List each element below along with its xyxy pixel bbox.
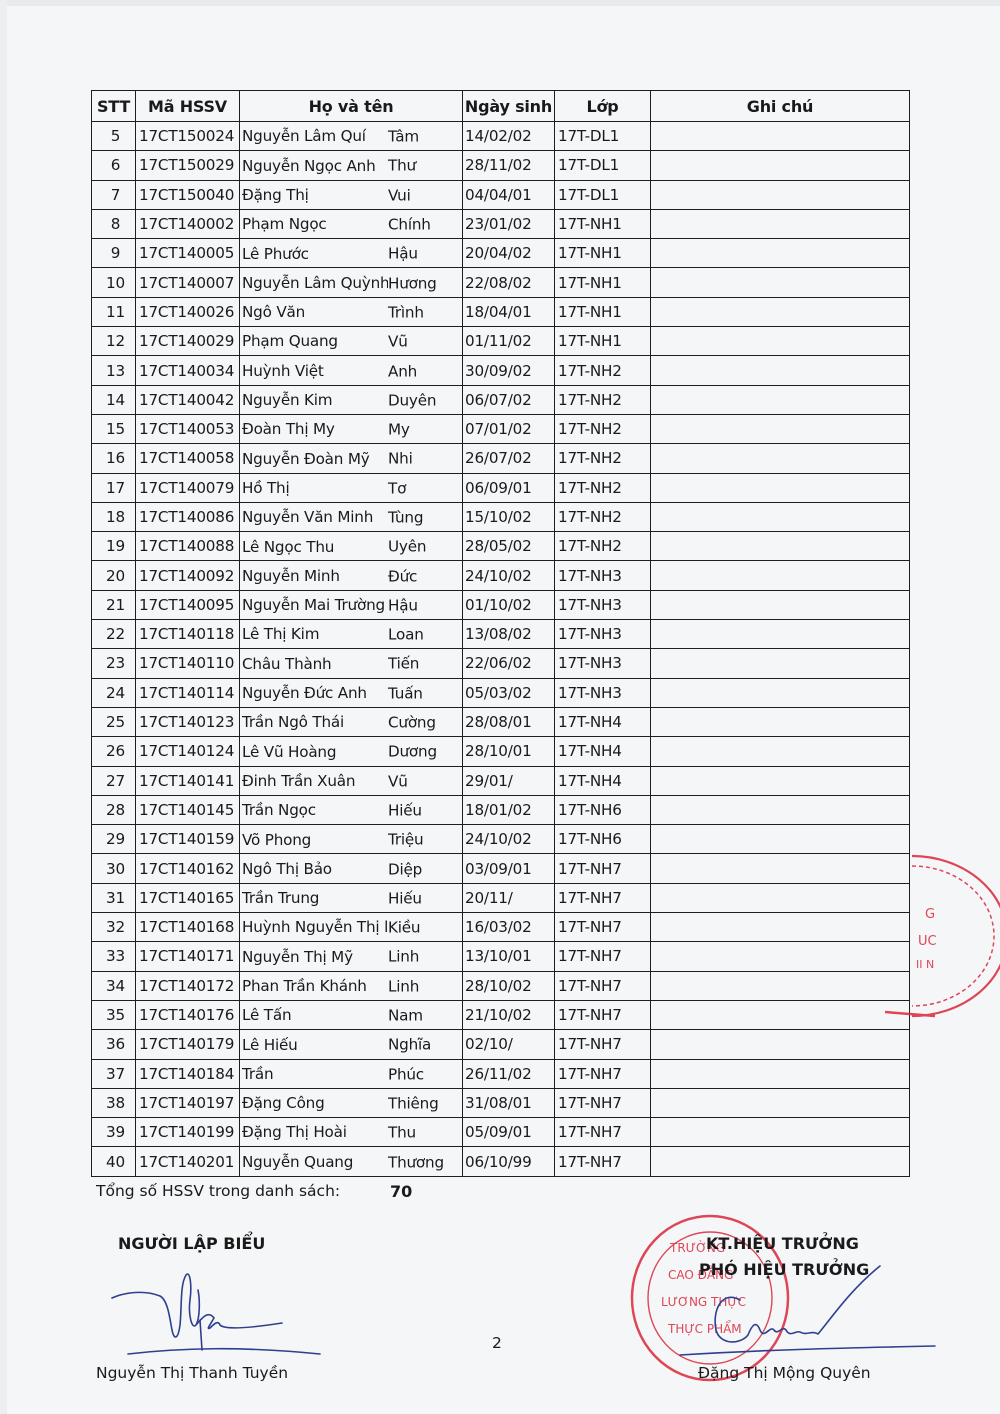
cell-full-name: Nguyễn MinhĐức bbox=[240, 561, 463, 590]
table-row: 2717CT140141Đinh Trần XuânVũ29/01/17T-NH… bbox=[92, 766, 910, 795]
cell-stt: 36 bbox=[92, 1030, 136, 1059]
cell-date-of-birth: 07/01/02 bbox=[463, 414, 555, 443]
header-stt: STT bbox=[92, 91, 136, 122]
given-name: Nam bbox=[388, 1007, 423, 1025]
cell-date-of-birth: 15/10/02 bbox=[463, 502, 555, 531]
given-name: Thương bbox=[388, 1153, 444, 1171]
first-middle-name: Phạm Ngọc bbox=[242, 215, 388, 233]
cell-date-of-birth: 30/09/02 bbox=[463, 356, 555, 385]
cell-full-name: Huỳnh Nguyễn Thị lKiều bbox=[240, 913, 463, 942]
cell-note bbox=[651, 180, 910, 209]
cell-class: 17T-NH1 bbox=[555, 209, 651, 238]
first-middle-name: Nguyễn Kim bbox=[242, 391, 388, 409]
table-row: 1017CT140007Nguyễn Lâm QuỳnhHương22/08/0… bbox=[92, 268, 910, 297]
cell-stt: 23 bbox=[92, 649, 136, 678]
cell-full-name: Nguyễn Văn MinhTùng bbox=[240, 502, 463, 531]
cell-note bbox=[651, 297, 910, 326]
cell-stt: 5 bbox=[92, 122, 136, 151]
cell-class: 17T-NH7 bbox=[555, 883, 651, 912]
given-name: My bbox=[388, 421, 410, 439]
first-middle-name: Phan Trần Khánh bbox=[242, 977, 388, 995]
svg-text:UC: UC bbox=[918, 934, 937, 949]
given-name: Hương bbox=[388, 274, 437, 292]
table-body: 517CT150024Nguyễn Lâm QuíTâm14/02/0217T-… bbox=[92, 122, 910, 1177]
approver-title-line1: KT.HIỆU TRƯỞNG bbox=[706, 1234, 859, 1253]
cell-class: 17T-NH2 bbox=[555, 356, 651, 385]
cell-student-code: 17CT140171 bbox=[136, 942, 240, 971]
cell-class: 17T-NH4 bbox=[555, 737, 651, 766]
first-middle-name: Đinh Trần Xuân bbox=[242, 772, 388, 790]
cell-stt: 28 bbox=[92, 795, 136, 824]
cell-student-code: 17CT140042 bbox=[136, 385, 240, 414]
cell-full-name: Châu ThànhTiến bbox=[240, 649, 463, 678]
cell-stt: 20 bbox=[92, 561, 136, 590]
cell-student-code: 17CT140114 bbox=[136, 678, 240, 707]
given-name: Hiếu bbox=[388, 802, 422, 820]
given-name: Triệu bbox=[388, 831, 423, 849]
student-roster-table: STT Mã HSSV Họ và tên Ngày sinh Lớp Ghi … bbox=[91, 90, 910, 1177]
cell-student-code: 17CT140168 bbox=[136, 913, 240, 942]
approver-signature-icon bbox=[680, 1266, 935, 1355]
cell-full-name: Nguyễn Lâm QuíTâm bbox=[240, 122, 463, 151]
cell-stt: 19 bbox=[92, 532, 136, 561]
cell-date-of-birth: 01/10/02 bbox=[463, 590, 555, 619]
table-row: 617CT150029Nguyễn Ngọc AnhThư28/11/0217T… bbox=[92, 151, 910, 180]
cell-note bbox=[651, 327, 910, 356]
cell-full-name: Đinh Trần XuânVũ bbox=[240, 766, 463, 795]
table-row: 1217CT140029Phạm QuangVũ01/11/0217T-NH1 bbox=[92, 327, 910, 356]
cell-stt: 35 bbox=[92, 1000, 136, 1029]
first-middle-name: Lê Hiếu bbox=[242, 1036, 388, 1054]
cell-note bbox=[651, 561, 910, 590]
approver-name: Đặng Thị Mộng Quyên bbox=[698, 1364, 871, 1382]
cell-full-name: Lê TấnNam bbox=[240, 1000, 463, 1029]
cell-class: 17T-NH2 bbox=[555, 444, 651, 473]
preparer-signature-icon bbox=[112, 1274, 320, 1354]
cell-stt: 13 bbox=[92, 356, 136, 385]
cell-stt: 17 bbox=[92, 473, 136, 502]
given-name: Nghĩa bbox=[388, 1036, 431, 1054]
cell-student-code: 17CT140197 bbox=[136, 1088, 240, 1117]
cell-note bbox=[651, 414, 910, 443]
total-label: Tổng số HSSV trong danh sách: bbox=[96, 1182, 340, 1200]
cell-date-of-birth: 16/03/02 bbox=[463, 913, 555, 942]
cell-full-name: Nguyễn Lâm QuỳnhHương bbox=[240, 268, 463, 297]
given-name: Tùng bbox=[388, 509, 423, 527]
cell-date-of-birth: 28/05/02 bbox=[463, 532, 555, 561]
cell-note bbox=[651, 1118, 910, 1147]
first-middle-name: Đoàn Thị My bbox=[242, 420, 388, 438]
cell-class: 17T-NH7 bbox=[555, 1000, 651, 1029]
cell-stt: 6 bbox=[92, 151, 136, 180]
table-row: 3117CT140165Trần TrungHiếu20/11/17T-NH7 bbox=[92, 883, 910, 912]
table-header-row: STT Mã HSSV Họ và tên Ngày sinh Lớp Ghi … bbox=[92, 91, 910, 122]
cell-full-name: Huỳnh ViệtAnh bbox=[240, 356, 463, 385]
cell-full-name: Lê Thị KimLoan bbox=[240, 620, 463, 649]
cell-full-name: Ngô Thị BảoDiệp bbox=[240, 854, 463, 883]
cell-date-of-birth: 26/07/02 bbox=[463, 444, 555, 473]
cell-full-name: Hồ ThịTơ bbox=[240, 473, 463, 502]
cell-stt: 31 bbox=[92, 883, 136, 912]
cell-student-code: 17CT140034 bbox=[136, 356, 240, 385]
cell-full-name: Ngô VănTrình bbox=[240, 297, 463, 326]
first-middle-name: Nguyễn Ngọc Anh bbox=[242, 157, 388, 175]
cell-full-name: Lê PhướcHậu bbox=[240, 239, 463, 268]
cell-date-of-birth: 04/04/01 bbox=[463, 180, 555, 209]
cell-class: 17T-NH1 bbox=[555, 297, 651, 326]
cell-student-code: 17CT140088 bbox=[136, 532, 240, 561]
cell-student-code: 17CT140092 bbox=[136, 561, 240, 590]
table-row: 2817CT140145Trần NgọcHiếu18/01/0217T-NH6 bbox=[92, 795, 910, 824]
cell-date-of-birth: 05/03/02 bbox=[463, 678, 555, 707]
scan-edge-top bbox=[0, 0, 1000, 6]
cell-full-name: Nguyễn Mai TrườngHậu bbox=[240, 590, 463, 619]
cell-note bbox=[651, 1088, 910, 1117]
cell-class: 17T-NH2 bbox=[555, 385, 651, 414]
cell-student-code: 17CT150024 bbox=[136, 122, 240, 151]
cell-note bbox=[651, 825, 910, 854]
cell-class: 17T-NH3 bbox=[555, 620, 651, 649]
first-middle-name: Ngô Văn bbox=[242, 303, 388, 321]
approver-title-line2: PHÓ HIỆU TRƯỞNG bbox=[699, 1260, 869, 1279]
table-row: 1917CT140088Lê Ngọc ThuUyên28/05/0217T-N… bbox=[92, 532, 910, 561]
cell-class: 17T-NH4 bbox=[555, 707, 651, 736]
table-row: 2417CT140114Nguyễn Đức AnhTuấn05/03/0217… bbox=[92, 678, 910, 707]
header-class: Lớp bbox=[555, 91, 651, 122]
cell-stt: 40 bbox=[92, 1147, 136, 1176]
preparer-name: Nguyễn Thị Thanh Tuyền bbox=[96, 1364, 288, 1382]
cell-full-name: Nguyễn Đức AnhTuấn bbox=[240, 678, 463, 707]
cell-full-name: Trần Ngô TháiCường bbox=[240, 707, 463, 736]
given-name: Kiều bbox=[388, 919, 420, 937]
cell-note bbox=[651, 151, 910, 180]
cell-stt: 39 bbox=[92, 1118, 136, 1147]
cell-note bbox=[651, 1000, 910, 1029]
table-row: 3017CT140162Ngô Thị BảoDiệp03/09/0117T-N… bbox=[92, 854, 910, 883]
first-middle-name: Đặng Công bbox=[242, 1094, 388, 1112]
first-middle-name: Trần Ngọc bbox=[242, 801, 388, 819]
cell-student-code: 17CT140002 bbox=[136, 209, 240, 238]
first-middle-name: Lê Thị Kim bbox=[242, 625, 388, 643]
cell-date-of-birth: 22/08/02 bbox=[463, 268, 555, 297]
first-middle-name: Trần Trung bbox=[242, 889, 388, 907]
first-middle-name: Nguyễn Quang bbox=[242, 1153, 388, 1171]
given-name: Cường bbox=[388, 714, 436, 732]
cell-date-of-birth: 28/10/02 bbox=[463, 971, 555, 1000]
given-name: Thư bbox=[388, 157, 416, 175]
cell-note bbox=[651, 1030, 910, 1059]
cell-date-of-birth: 28/11/02 bbox=[463, 151, 555, 180]
cell-date-of-birth: 22/06/02 bbox=[463, 649, 555, 678]
cell-stt: 30 bbox=[92, 854, 136, 883]
cell-class: 17T-NH7 bbox=[555, 1118, 651, 1147]
first-middle-name: Nguyễn Mai Trường bbox=[242, 596, 388, 614]
cell-date-of-birth: 13/10/01 bbox=[463, 942, 555, 971]
first-middle-name: Lê Vũ Hoàng bbox=[242, 743, 388, 761]
cell-student-code: 17CT140058 bbox=[136, 444, 240, 473]
cell-stt: 14 bbox=[92, 385, 136, 414]
cell-class: 17T-NH1 bbox=[555, 239, 651, 268]
cell-student-code: 17CT140029 bbox=[136, 327, 240, 356]
given-name: Anh bbox=[388, 362, 417, 380]
cell-note bbox=[651, 532, 910, 561]
cell-class: 17T-NH3 bbox=[555, 678, 651, 707]
cell-date-of-birth: 24/10/02 bbox=[463, 825, 555, 854]
cell-class: 17T-NH6 bbox=[555, 825, 651, 854]
cell-class: 17T-NH7 bbox=[555, 1088, 651, 1117]
cell-date-of-birth: 06/07/02 bbox=[463, 385, 555, 414]
cell-full-name: Lê Ngọc ThuUyên bbox=[240, 532, 463, 561]
cell-class: 17T-DL1 bbox=[555, 151, 651, 180]
table-row: 1717CT140079Hồ ThịTơ06/09/0117T-NH2 bbox=[92, 473, 910, 502]
table-row: 3617CT140179Lê HiếuNghĩa02/10/17T-NH7 bbox=[92, 1030, 910, 1059]
cell-stt: 32 bbox=[92, 913, 136, 942]
svg-text:THỰC PHẨM: THỰC PHẨM bbox=[667, 1320, 742, 1336]
header-note: Ghi chú bbox=[651, 91, 910, 122]
first-middle-name: Nguyễn Thị Mỹ bbox=[242, 948, 388, 966]
cell-student-code: 17CT140007 bbox=[136, 268, 240, 297]
cell-class: 17T-NH7 bbox=[555, 942, 651, 971]
table-row: 3917CT140199Đặng Thị HoàiThu05/09/0117T-… bbox=[92, 1118, 910, 1147]
cell-stt: 37 bbox=[92, 1059, 136, 1088]
cell-stt: 15 bbox=[92, 414, 136, 443]
cell-note bbox=[651, 356, 910, 385]
svg-text:LƯƠNG THỰC: LƯƠNG THỰC bbox=[661, 1295, 746, 1309]
first-middle-name: Lê Ngọc Thu bbox=[242, 538, 388, 556]
table-row: 2917CT140159Võ PhongTriệu24/10/0217T-NH6 bbox=[92, 825, 910, 854]
given-name: Đức bbox=[388, 567, 417, 585]
given-name: Thu bbox=[388, 1124, 416, 1142]
cell-full-name: Đặng Thị HoàiThu bbox=[240, 1118, 463, 1147]
table-row: 1517CT140053Đoàn Thị MyMy07/01/0217T-NH2 bbox=[92, 414, 910, 443]
cell-full-name: TrầnPhúc bbox=[240, 1059, 463, 1088]
scan-edge-left bbox=[0, 0, 7, 1414]
cell-date-of-birth: 14/02/02 bbox=[463, 122, 555, 151]
table-row: 3517CT140176Lê TấnNam21/10/0217T-NH7 bbox=[92, 1000, 910, 1029]
cell-full-name: Trần TrungHiếu bbox=[240, 883, 463, 912]
cell-date-of-birth: 28/08/01 bbox=[463, 707, 555, 736]
table-row: 3317CT140171Nguyễn Thị MỹLinh13/10/0117T… bbox=[92, 942, 910, 971]
cell-class: 17T-NH1 bbox=[555, 327, 651, 356]
cell-date-of-birth: 03/09/01 bbox=[463, 854, 555, 883]
cell-note bbox=[651, 678, 910, 707]
cell-class: 17T-NH3 bbox=[555, 561, 651, 590]
cell-note bbox=[651, 1059, 910, 1088]
cell-full-name: Phạm QuangVũ bbox=[240, 327, 463, 356]
cell-class: 17T-NH7 bbox=[555, 1147, 651, 1176]
cell-student-code: 17CT140124 bbox=[136, 737, 240, 766]
first-middle-name: Huỳnh Việt bbox=[242, 362, 388, 380]
first-middle-name: Đặng Thị Hoài bbox=[242, 1123, 388, 1141]
cell-note bbox=[651, 707, 910, 736]
first-middle-name: Trần bbox=[242, 1065, 388, 1083]
given-name: Duyên bbox=[388, 392, 436, 410]
given-name: Tiến bbox=[388, 655, 419, 673]
cell-note bbox=[651, 942, 910, 971]
cell-date-of-birth: 01/11/02 bbox=[463, 327, 555, 356]
cell-note bbox=[651, 620, 910, 649]
table-row: 2617CT140124Lê Vũ HoàngDương28/10/0117T-… bbox=[92, 737, 910, 766]
first-middle-name: Lê Phước bbox=[242, 245, 388, 263]
cell-stt: 38 bbox=[92, 1088, 136, 1117]
svg-text:G: G bbox=[925, 907, 935, 922]
cell-note bbox=[651, 649, 910, 678]
cell-date-of-birth: 06/10/99 bbox=[463, 1147, 555, 1176]
table-row: 2017CT140092Nguyễn MinhĐức24/10/0217T-NH… bbox=[92, 561, 910, 590]
table-row: 817CT140002Phạm NgọcChính23/01/0217T-NH1 bbox=[92, 209, 910, 238]
given-name: Vũ bbox=[388, 772, 408, 790]
cell-student-code: 17CT150029 bbox=[136, 151, 240, 180]
first-middle-name: Phạm Quang bbox=[242, 332, 388, 350]
given-name: Phúc bbox=[388, 1065, 424, 1083]
first-middle-name: Nguyễn Lâm Quỳnh bbox=[242, 274, 388, 292]
svg-text:II N: II N bbox=[916, 958, 934, 971]
first-middle-name: Ngô Thị Bảo bbox=[242, 860, 388, 878]
cell-date-of-birth: 28/10/01 bbox=[463, 737, 555, 766]
cell-student-code: 17CT140026 bbox=[136, 297, 240, 326]
table-row: 1817CT140086Nguyễn Văn MinhTùng15/10/021… bbox=[92, 502, 910, 531]
cell-student-code: 17CT140095 bbox=[136, 590, 240, 619]
table-row: 1417CT140042Nguyễn KimDuyên06/07/0217T-N… bbox=[92, 385, 910, 414]
cell-stt: 24 bbox=[92, 678, 136, 707]
given-name: Uyên bbox=[388, 538, 426, 556]
given-name: Hậu bbox=[388, 245, 418, 263]
cell-student-code: 17CT140005 bbox=[136, 239, 240, 268]
cell-date-of-birth: 23/01/02 bbox=[463, 209, 555, 238]
cell-class: 17T-NH7 bbox=[555, 971, 651, 1000]
cell-class: 17T-NH2 bbox=[555, 473, 651, 502]
cell-stt: 25 bbox=[92, 707, 136, 736]
first-middle-name: Nguyễn Minh bbox=[242, 567, 388, 585]
cell-full-name: Đặng ThịVui bbox=[240, 180, 463, 209]
given-name: Diệp bbox=[388, 860, 422, 878]
cell-student-code: 17CT140162 bbox=[136, 854, 240, 883]
cell-class: 17T-DL1 bbox=[555, 122, 651, 151]
first-middle-name: Hồ Thị bbox=[242, 479, 388, 497]
table-row: 3217CT140168Huỳnh Nguyễn Thị lKiều16/03/… bbox=[92, 913, 910, 942]
given-name: Dương bbox=[388, 743, 437, 761]
cell-student-code: 17CT140145 bbox=[136, 795, 240, 824]
table-row: 1317CT140034Huỳnh ViệtAnh30/09/0217T-NH2 bbox=[92, 356, 910, 385]
table-row: 4017CT140201Nguyễn QuangThương06/10/9917… bbox=[92, 1147, 910, 1176]
given-name: Hiếu bbox=[388, 890, 422, 908]
cell-note bbox=[651, 502, 910, 531]
table-row: 2517CT140123Trần Ngô TháiCường28/08/0117… bbox=[92, 707, 910, 736]
cell-note bbox=[651, 209, 910, 238]
cell-full-name: Nguyễn QuangThương bbox=[240, 1147, 463, 1176]
cell-stt: 27 bbox=[92, 766, 136, 795]
cell-student-code: 17CT140053 bbox=[136, 414, 240, 443]
cell-date-of-birth: 31/08/01 bbox=[463, 1088, 555, 1117]
first-middle-name: Nguyễn Văn Minh bbox=[242, 508, 388, 526]
given-name: Vui bbox=[388, 186, 411, 204]
cell-note bbox=[651, 1147, 910, 1176]
cell-class: 17T-DL1 bbox=[555, 180, 651, 209]
cell-date-of-birth: 18/01/02 bbox=[463, 795, 555, 824]
cell-note bbox=[651, 913, 910, 942]
cell-student-code: 17CT140110 bbox=[136, 649, 240, 678]
first-middle-name: Lê Tấn bbox=[242, 1006, 388, 1024]
given-name: Nhi bbox=[388, 450, 413, 468]
cell-note bbox=[651, 971, 910, 1000]
cell-full-name: Phan Trần KhánhLinh bbox=[240, 971, 463, 1000]
first-middle-name: Trần Ngô Thái bbox=[242, 713, 388, 731]
given-name: Thiêng bbox=[388, 1095, 439, 1113]
cell-stt: 26 bbox=[92, 737, 136, 766]
cell-stt: 22 bbox=[92, 620, 136, 649]
cell-note bbox=[651, 854, 910, 883]
cell-stt: 9 bbox=[92, 239, 136, 268]
cell-date-of-birth: 20/11/ bbox=[463, 883, 555, 912]
cell-student-code: 17CT140159 bbox=[136, 825, 240, 854]
cell-full-name: Võ PhongTriệu bbox=[240, 825, 463, 854]
cell-class: 17T-NH3 bbox=[555, 590, 651, 619]
table-row: 3817CT140197Đặng CôngThiêng31/08/0117T-N… bbox=[92, 1088, 910, 1117]
given-name: Tâm bbox=[388, 128, 419, 146]
first-middle-name: Đặng Thị bbox=[242, 186, 388, 204]
cell-student-code: 17CT140086 bbox=[136, 502, 240, 531]
cell-class: 17T-NH7 bbox=[555, 854, 651, 883]
table-row: 717CT150040Đặng ThịVui04/04/0117T-DL1 bbox=[92, 180, 910, 209]
header-date-of-birth: Ngày sinh bbox=[463, 91, 555, 122]
given-name: Trình bbox=[388, 304, 424, 322]
cell-student-code: 17CT140199 bbox=[136, 1118, 240, 1147]
first-middle-name: Huỳnh Nguyễn Thị l bbox=[242, 918, 388, 936]
first-middle-name: Võ Phong bbox=[242, 831, 388, 849]
first-middle-name: Nguyễn Lâm Quí bbox=[242, 127, 388, 145]
cell-date-of-birth: 21/10/02 bbox=[463, 1000, 555, 1029]
preparer-title: NGƯỜI LẬP BIỂU bbox=[118, 1234, 265, 1253]
table-row: 917CT140005Lê PhướcHậu20/04/0217T-NH1 bbox=[92, 239, 910, 268]
cell-note bbox=[651, 385, 910, 414]
cell-class: 17T-NH7 bbox=[555, 913, 651, 942]
page-number: 2 bbox=[492, 1334, 502, 1352]
given-name: Tuấn bbox=[388, 685, 423, 703]
cell-class: 17T-NH4 bbox=[555, 766, 651, 795]
cell-stt: 7 bbox=[92, 180, 136, 209]
cell-class: 17T-NH1 bbox=[555, 268, 651, 297]
cell-stt: 10 bbox=[92, 268, 136, 297]
cell-full-name: Đặng CôngThiêng bbox=[240, 1088, 463, 1117]
table-row: 2217CT140118Lê Thị KimLoan13/08/0217T-NH… bbox=[92, 620, 910, 649]
first-middle-name: Châu Thành bbox=[242, 655, 388, 673]
cell-student-code: 17CT140172 bbox=[136, 971, 240, 1000]
cell-stt: 12 bbox=[92, 327, 136, 356]
given-name: Linh bbox=[388, 977, 419, 995]
cell-student-code: 17CT140165 bbox=[136, 883, 240, 912]
cell-student-code: 17CT150040 bbox=[136, 180, 240, 209]
cell-student-code: 17CT140184 bbox=[136, 1059, 240, 1088]
cell-note bbox=[651, 122, 910, 151]
cell-student-code: 17CT140176 bbox=[136, 1000, 240, 1029]
cell-full-name: Đoàn Thị MyMy bbox=[240, 414, 463, 443]
cell-class: 17T-NH2 bbox=[555, 502, 651, 531]
cell-full-name: Lê HiếuNghĩa bbox=[240, 1030, 463, 1059]
table-row: 3417CT140172Phan Trần KhánhLinh28/10/021… bbox=[92, 971, 910, 1000]
cell-class: 17T-NH2 bbox=[555, 414, 651, 443]
cell-note bbox=[651, 268, 910, 297]
table-row: 1617CT140058Nguyễn Đoàn MỹNhi26/07/0217T… bbox=[92, 444, 910, 473]
cell-date-of-birth: 26/11/02 bbox=[463, 1059, 555, 1088]
cell-class: 17T-NH7 bbox=[555, 1059, 651, 1088]
cell-stt: 33 bbox=[92, 942, 136, 971]
given-name: Tơ bbox=[388, 479, 406, 497]
cell-full-name: Nguyễn KimDuyên bbox=[240, 385, 463, 414]
cell-date-of-birth: 13/08/02 bbox=[463, 620, 555, 649]
cell-student-code: 17CT140201 bbox=[136, 1147, 240, 1176]
first-middle-name: Nguyễn Đức Anh bbox=[242, 684, 388, 702]
cell-date-of-birth: 05/09/01 bbox=[463, 1118, 555, 1147]
